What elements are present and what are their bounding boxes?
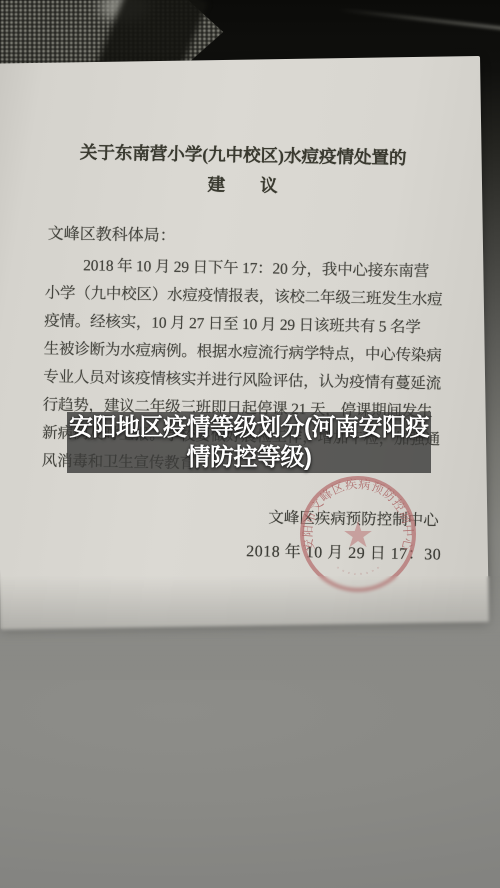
salutation: 文峰区教科体局： xyxy=(47,223,479,255)
banner-text-line1: 安阳地区疫情等级划分(河南安阳疫 xyxy=(69,413,429,443)
banner-text-line2: 情防控等级) xyxy=(187,443,312,473)
floor-area xyxy=(0,680,500,888)
photo-background: 关于东南营小学(九中校区)水痘疫情处置的 建 议 文峰区教科体局： 2018 年… xyxy=(0,0,500,888)
blur-fade xyxy=(0,576,500,684)
seal-star-icon: ★ xyxy=(342,514,374,555)
light-streak xyxy=(338,8,500,31)
overlay-caption-banner: 安阳地区疫情等级划分(河南安阳疫 情防控等级) xyxy=(67,412,431,473)
